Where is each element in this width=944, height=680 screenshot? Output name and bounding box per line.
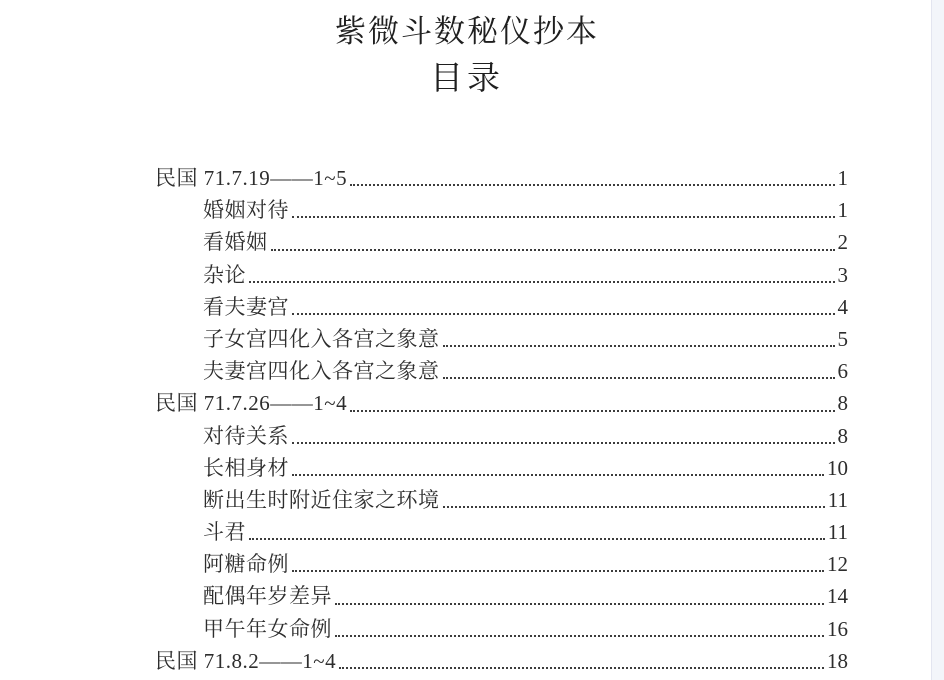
dot-leader (443, 506, 825, 508)
toc-entry: 民国 71.7.19——1~51 (155, 162, 848, 194)
page-edge-strip (931, 0, 944, 680)
dot-leader (350, 410, 834, 412)
toc-entry: 杂论3 (155, 259, 848, 291)
toc-entry-label: 夫妻宫四化入各宫之象意 (203, 355, 440, 387)
dot-leader (443, 377, 835, 379)
toc-entry-page: 10 (827, 452, 848, 484)
toc-entry-label: 对待关系 (203, 420, 289, 452)
toc-entry-label: 民国 71.7.19——1~5 (155, 162, 347, 194)
toc-entry-page: 1 (838, 194, 849, 226)
toc-entry-page: 18 (827, 645, 848, 677)
toc-entry: 民国 71.8.2——1~418 (155, 645, 848, 677)
toc-heading: 目录 (0, 52, 934, 99)
toc-entry: 斗君11 (155, 516, 848, 548)
toc-entry-label: 杂论 (203, 259, 246, 291)
document-page: 紫微斗数秘仪抄本 目录 民国 71.7.19——1~51婚姻对待1看婚姻2杂论3… (0, 0, 944, 680)
toc-entry-label: 民国 71.7.26——1~4 (155, 387, 347, 419)
toc-entry-page: 8 (838, 420, 849, 452)
toc-entry-page: 11 (828, 516, 848, 548)
dot-leader (335, 635, 824, 637)
toc-entry-label: 长相身材 (203, 452, 289, 484)
toc-entry-label: 子女宫四化入各宫之象意 (203, 323, 440, 355)
toc-entry-label: 配偶年岁差异 (203, 580, 332, 612)
dot-leader (292, 570, 824, 572)
toc-entry-label: 斗君 (203, 516, 246, 548)
toc-entry: 民国 71.7.26——1~48 (155, 387, 848, 419)
toc-entry: 夫妻宫四化入各宫之象意6 (155, 355, 848, 387)
toc-entry-page: 5 (838, 323, 849, 355)
toc-entry-label: 看婚姻 (203, 226, 268, 258)
toc-entry: 配偶年岁差异14 (155, 580, 848, 612)
dot-leader (249, 538, 825, 540)
toc-entry-label: 阿糖命例 (203, 548, 289, 580)
dot-leader (271, 249, 835, 251)
toc-entry-label: 婚姻对待 (203, 194, 289, 226)
dot-leader (350, 184, 834, 186)
toc-entry-label: 民国 71.8.2——1~4 (155, 645, 336, 677)
toc-entry-page: 4 (838, 291, 849, 323)
toc-entry: 看婚姻2 (155, 226, 848, 258)
toc-entry-page: 6 (838, 355, 849, 387)
toc-entry: 长相身材10 (155, 452, 848, 484)
dot-leader (292, 474, 824, 476)
toc-list: 民国 71.7.19——1~51婚姻对待1看婚姻2杂论3看夫妻宫4子女宫四化入各… (155, 162, 848, 677)
toc-entry-page: 12 (827, 548, 848, 580)
toc-entry-page: 14 (827, 580, 848, 612)
toc-entry: 子女宫四化入各宫之象意5 (155, 323, 848, 355)
toc-entry-page: 11 (828, 484, 848, 516)
toc-entry-label: 甲午年女命例 (203, 613, 332, 645)
toc-entry: 看夫妻宫4 (155, 291, 848, 323)
toc-entry: 甲午年女命例16 (155, 613, 848, 645)
document-title: 紫微斗数秘仪抄本 (0, 6, 934, 51)
toc-entry: 阿糖命例12 (155, 548, 848, 580)
toc-entry-page: 8 (838, 387, 849, 419)
toc-entry-label: 看夫妻宫 (203, 291, 289, 323)
toc-entry-page: 16 (827, 613, 848, 645)
toc-entry: 婚姻对待1 (155, 194, 848, 226)
dot-leader (249, 281, 835, 283)
dot-leader (443, 345, 835, 347)
toc-entry-page: 3 (838, 259, 849, 291)
dot-leader (292, 442, 835, 444)
toc-entry: 对待关系8 (155, 420, 848, 452)
dot-leader (335, 603, 824, 605)
toc-entry-label: 断出生时附近住家之环境 (203, 484, 440, 516)
toc-entry-page: 1 (838, 162, 849, 194)
dot-leader (292, 313, 835, 315)
dot-leader (339, 667, 824, 669)
dot-leader (292, 216, 835, 218)
toc-entry-page: 2 (838, 226, 849, 258)
toc-entry: 断出生时附近住家之环境11 (155, 484, 848, 516)
